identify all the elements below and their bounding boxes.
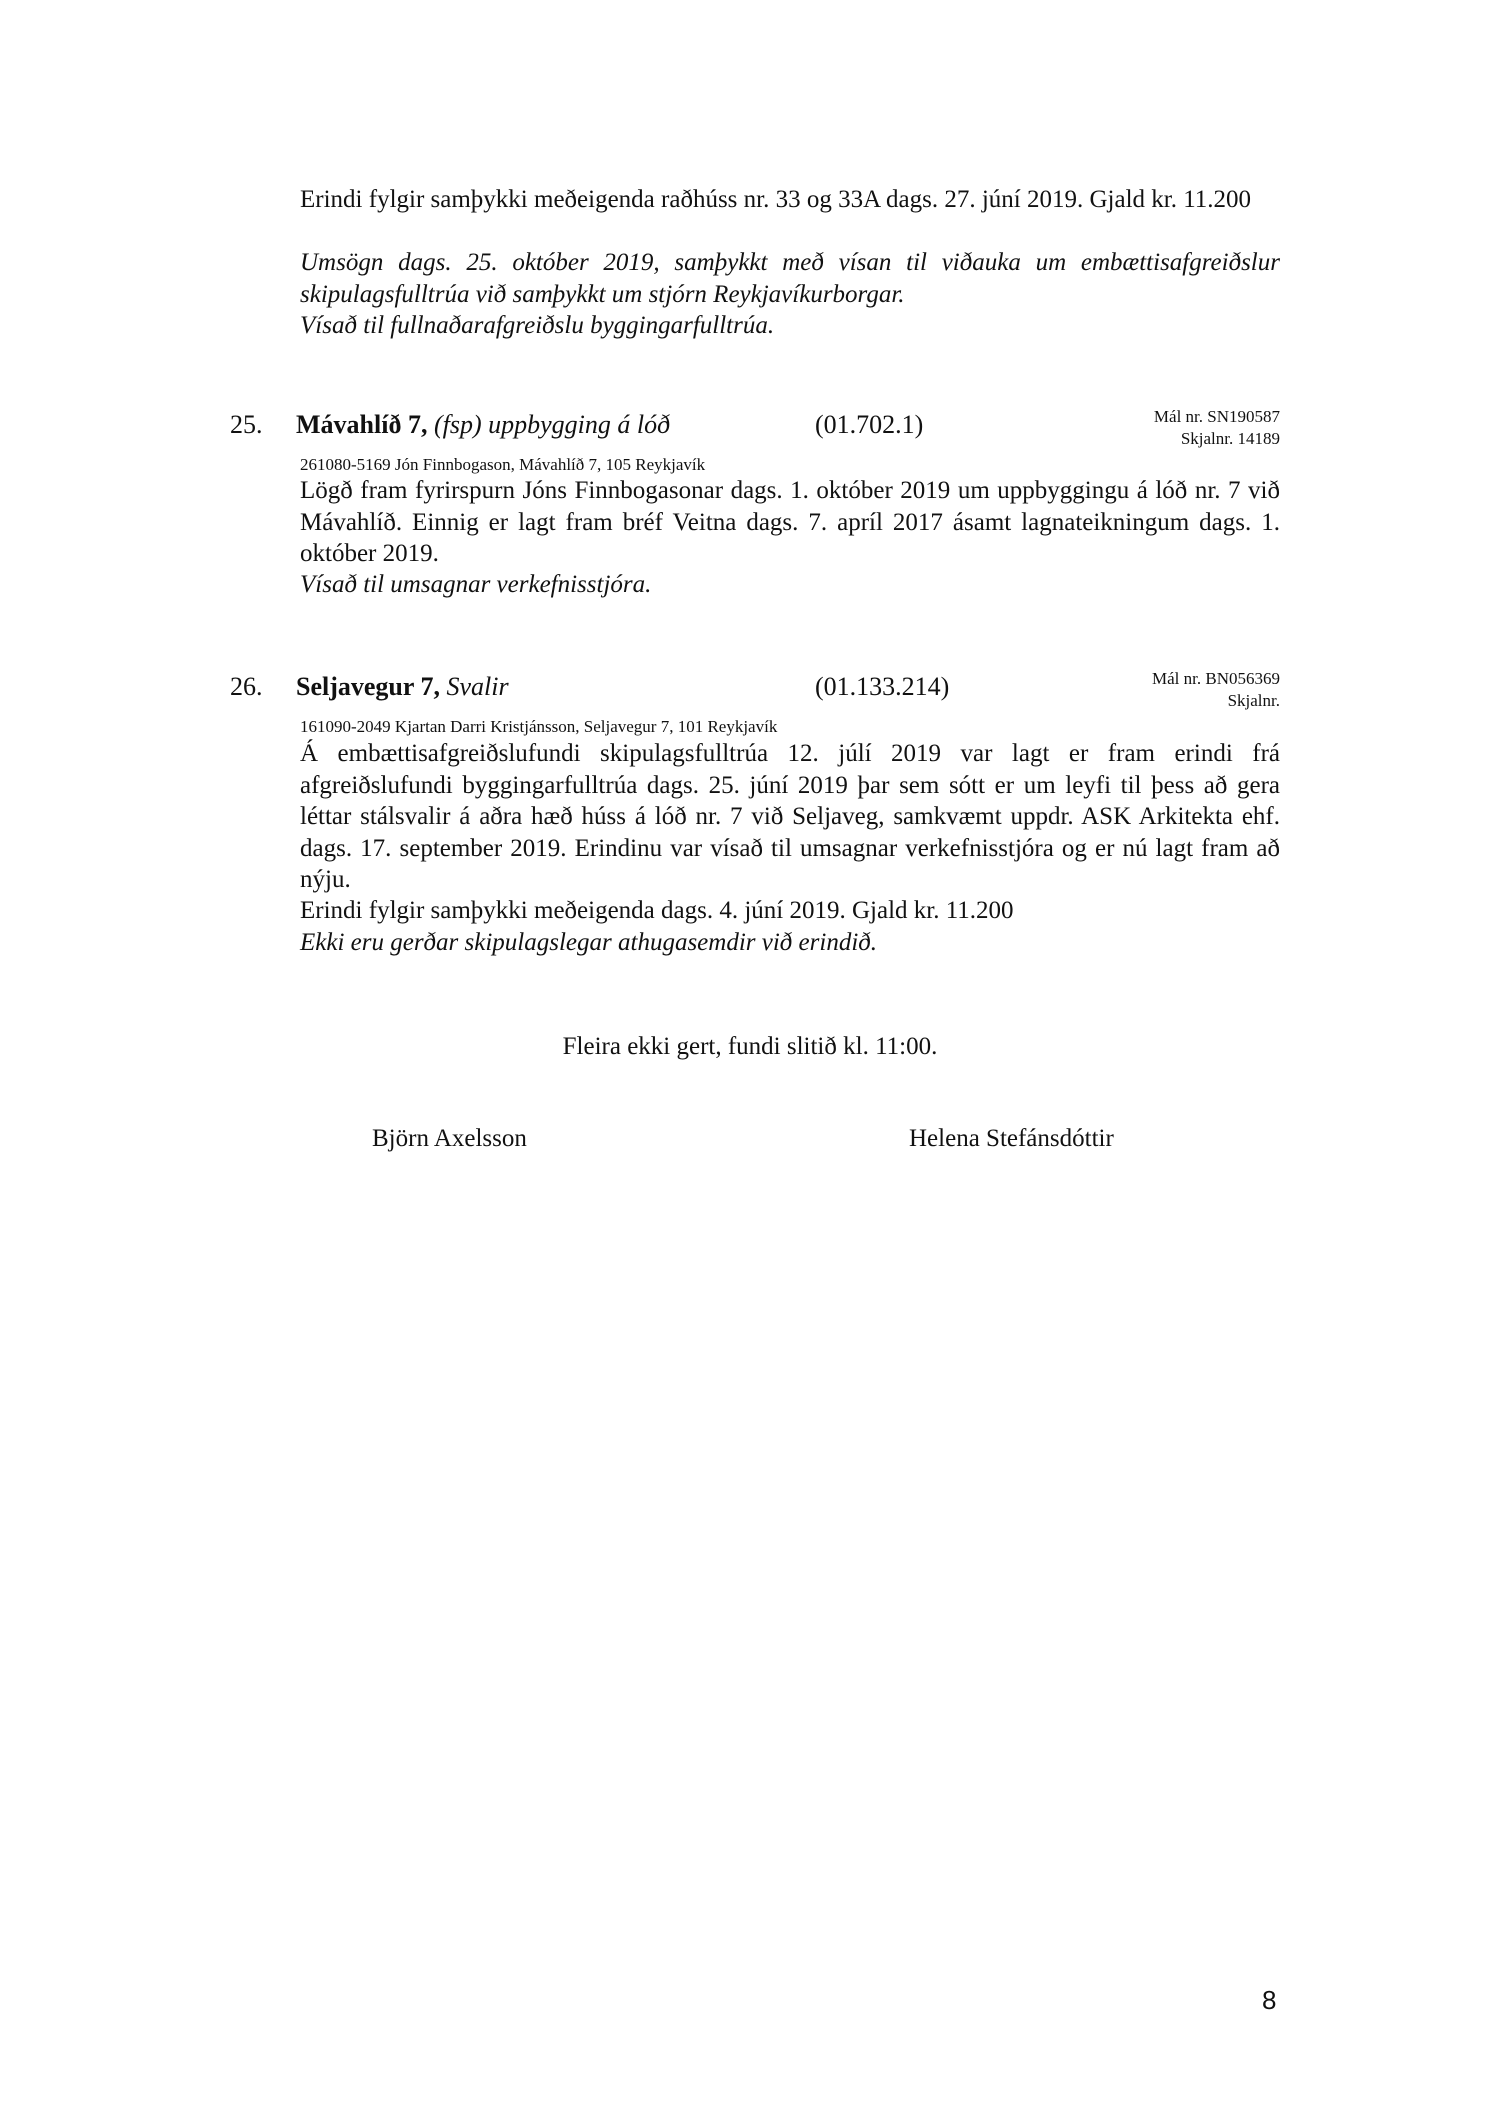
item-conclusion: Vísað til umsagnar verkefnisstjóra. bbox=[300, 569, 1280, 601]
meeting-closing: Fleira ekki gert, fundi slitið kl. 11:00… bbox=[0, 1033, 1500, 1061]
item-description: Lögð fram fyrirspurn Jóns Finnbogasonar … bbox=[300, 475, 1280, 570]
item-description: Á embættisafgreiðslufundi skipulagsfullt… bbox=[300, 738, 1280, 896]
item-conclusion: Ekki eru gerðar skipulagslegar athugasem… bbox=[300, 927, 1280, 959]
item-subject: (fsp) uppbygging á lóð bbox=[434, 410, 670, 439]
item-land-code: (01.133.214) bbox=[815, 672, 949, 702]
continuation-conclusion: Vísað til fullnaðarafgreiðslu byggingarf… bbox=[300, 310, 1280, 342]
signature-1: Björn Axelsson bbox=[372, 1125, 527, 1153]
continuation-review: Umsögn dags. 25. október 2019, samþykkt … bbox=[300, 247, 1280, 310]
signature-2: Helena Stefánsdóttir bbox=[909, 1125, 1114, 1153]
item-title: Mávahlíð 7, (fsp) uppbygging á lóð bbox=[296, 410, 670, 440]
document-number: Skjalnr. 14189 bbox=[1154, 428, 1280, 450]
item-reference: Mál nr. BN056369 Skjalnr. bbox=[1152, 668, 1280, 712]
item-owner: 161090-2049 Kjartan Darri Kristjánsson, … bbox=[300, 717, 777, 737]
item-address: Seljavegur 7, bbox=[296, 672, 440, 701]
item-fee: Erindi fylgir samþykki meðeigenda dags. … bbox=[300, 895, 1280, 927]
item-number: 26. bbox=[230, 672, 263, 702]
case-number: Mál nr. BN056369 bbox=[1152, 668, 1280, 690]
item-title: Seljavegur 7, Svalir bbox=[296, 672, 509, 702]
case-number: Mál nr. SN190587 bbox=[1154, 406, 1280, 428]
item-subject: Svalir bbox=[446, 672, 508, 701]
item-owner: 261080-5169 Jón Finnbogason, Mávahlíð 7,… bbox=[300, 455, 705, 475]
page-number: 8 bbox=[1262, 1985, 1276, 2016]
item-land-code: (01.702.1) bbox=[815, 410, 923, 440]
document-page: Erindi fylgir samþykki meðeigenda raðhús… bbox=[0, 0, 1500, 2122]
item-number: 25. bbox=[230, 410, 263, 440]
item-address: Mávahlíð 7, bbox=[296, 410, 427, 439]
continuation-paragraph: Erindi fylgir samþykki meðeigenda raðhús… bbox=[300, 184, 1280, 216]
item-reference: Mál nr. SN190587 Skjalnr. 14189 bbox=[1154, 406, 1280, 450]
document-number: Skjalnr. bbox=[1152, 690, 1280, 712]
